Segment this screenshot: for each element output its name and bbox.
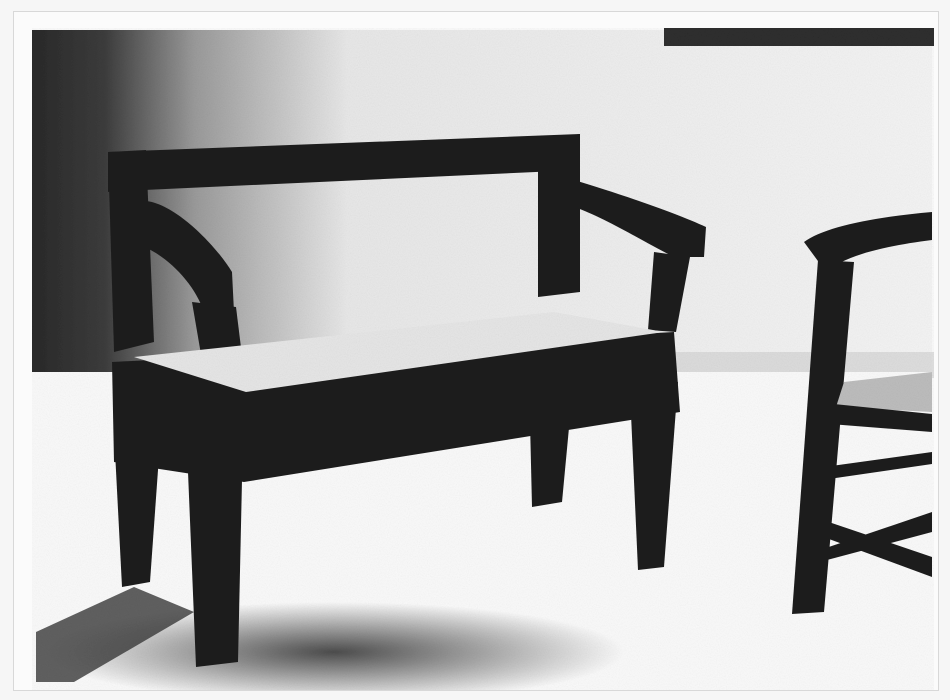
photo-scene <box>14 12 938 690</box>
wall-top-strip <box>664 28 934 46</box>
photograph: Vintage photograph of a wooden settle be… <box>14 12 938 690</box>
